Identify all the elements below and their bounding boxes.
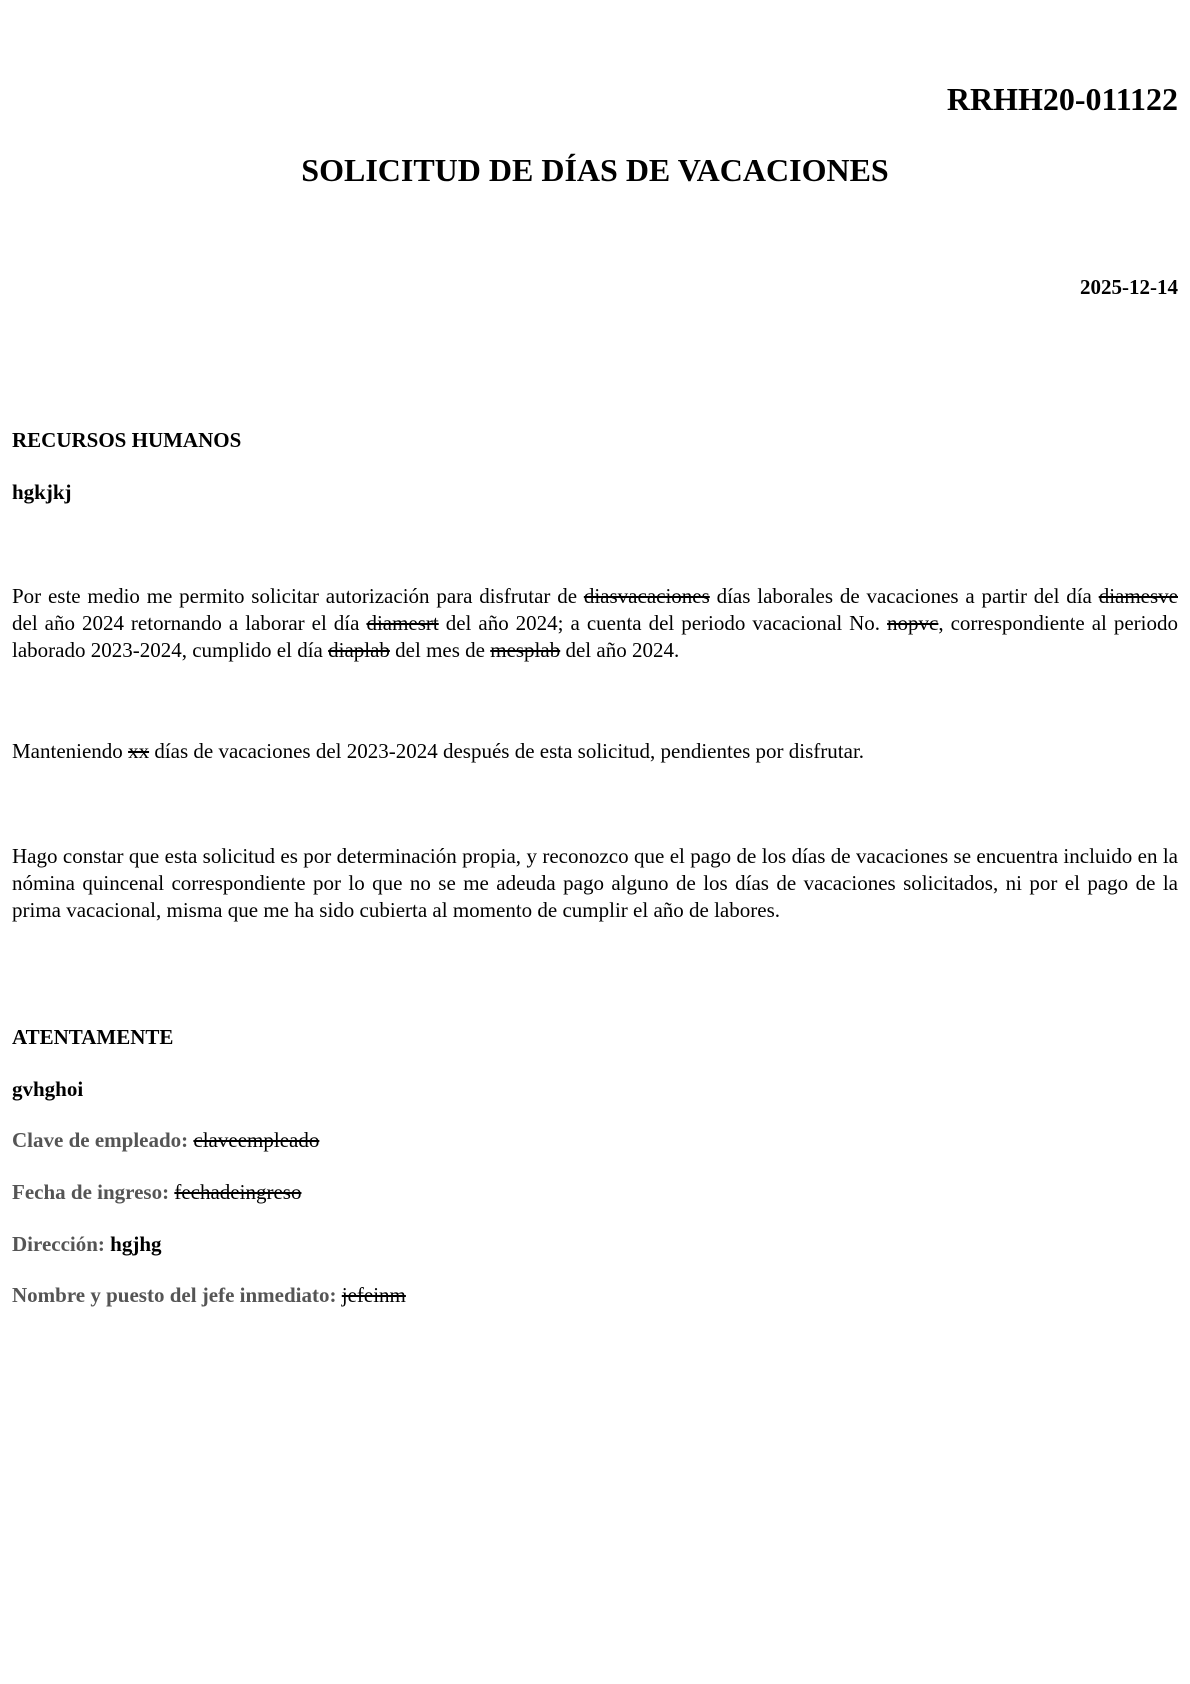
text-segment: días de vacaciones del 2023-2024 después… — [149, 739, 864, 763]
text-segment: del mes de — [390, 638, 490, 662]
request-paragraph: Por este medio me permito solicitar auto… — [12, 583, 1178, 664]
document-date: 2025-12-14 — [1080, 275, 1178, 300]
placeholder-dia-mes-ve: diamesve — [1099, 584, 1178, 608]
field-label: Dirección: — [12, 1232, 105, 1256]
field-label: Clave de empleado: — [12, 1128, 188, 1152]
placeholder-dia-mes-rt: diamesrt — [366, 611, 438, 635]
field-employee-id: Clave de empleado: claveempleado — [12, 1128, 319, 1153]
remaining-days-paragraph: Manteniendo xx días de vacaciones del 20… — [12, 738, 1178, 765]
placeholder-mes-plab: mesplab — [490, 638, 560, 662]
field-hire-date: Fecha de ingreso: fechadeingreso — [12, 1180, 301, 1205]
field-supervisor: Nombre y puesto del jefe inmediato: jefe… — [12, 1283, 406, 1308]
text-segment: del año 2024; a cuenta del periodo vacac… — [439, 611, 887, 635]
field-value: claveempleado — [193, 1128, 319, 1152]
field-value: hgjhg — [110, 1232, 161, 1256]
signer-name: gvhghoi — [12, 1077, 83, 1102]
document-title: SOLICITUD DE DÍAS DE VACACIONES — [12, 151, 1178, 189]
text-segment: del año 2024. — [560, 638, 679, 662]
placeholder-dia-plab: diaplab — [328, 638, 390, 662]
field-label: Nombre y puesto del jefe inmediato: — [12, 1283, 337, 1307]
placeholder-dias-restantes: xx — [128, 739, 149, 763]
field-value: jefeinm — [342, 1283, 406, 1307]
text-segment: Manteniendo — [12, 739, 128, 763]
recipient-department: RECURSOS HUMANOS — [12, 428, 241, 453]
recipient-name: hgkjkj — [12, 480, 72, 505]
field-label: Fecha de ingreso: — [12, 1180, 169, 1204]
declaration-paragraph: Hago constar que esta solicitud es por d… — [12, 843, 1178, 924]
text-segment: del año 2024 retornando a laborar el día — [12, 611, 366, 635]
document-code: RRHH20-011122 — [947, 80, 1178, 118]
field-department: Dirección: hgjhg — [12, 1232, 162, 1257]
placeholder-dias-vacaciones: diasvacaciones — [584, 584, 710, 608]
closing-text: ATENTAMENTE — [12, 1025, 173, 1050]
field-value: fechadeingreso — [174, 1180, 301, 1204]
placeholder-no-pvc: nopvc — [887, 611, 938, 635]
text-segment: días laborales de vacaciones a partir de… — [710, 584, 1099, 608]
text-segment: Por este medio me permito solicitar auto… — [12, 584, 584, 608]
